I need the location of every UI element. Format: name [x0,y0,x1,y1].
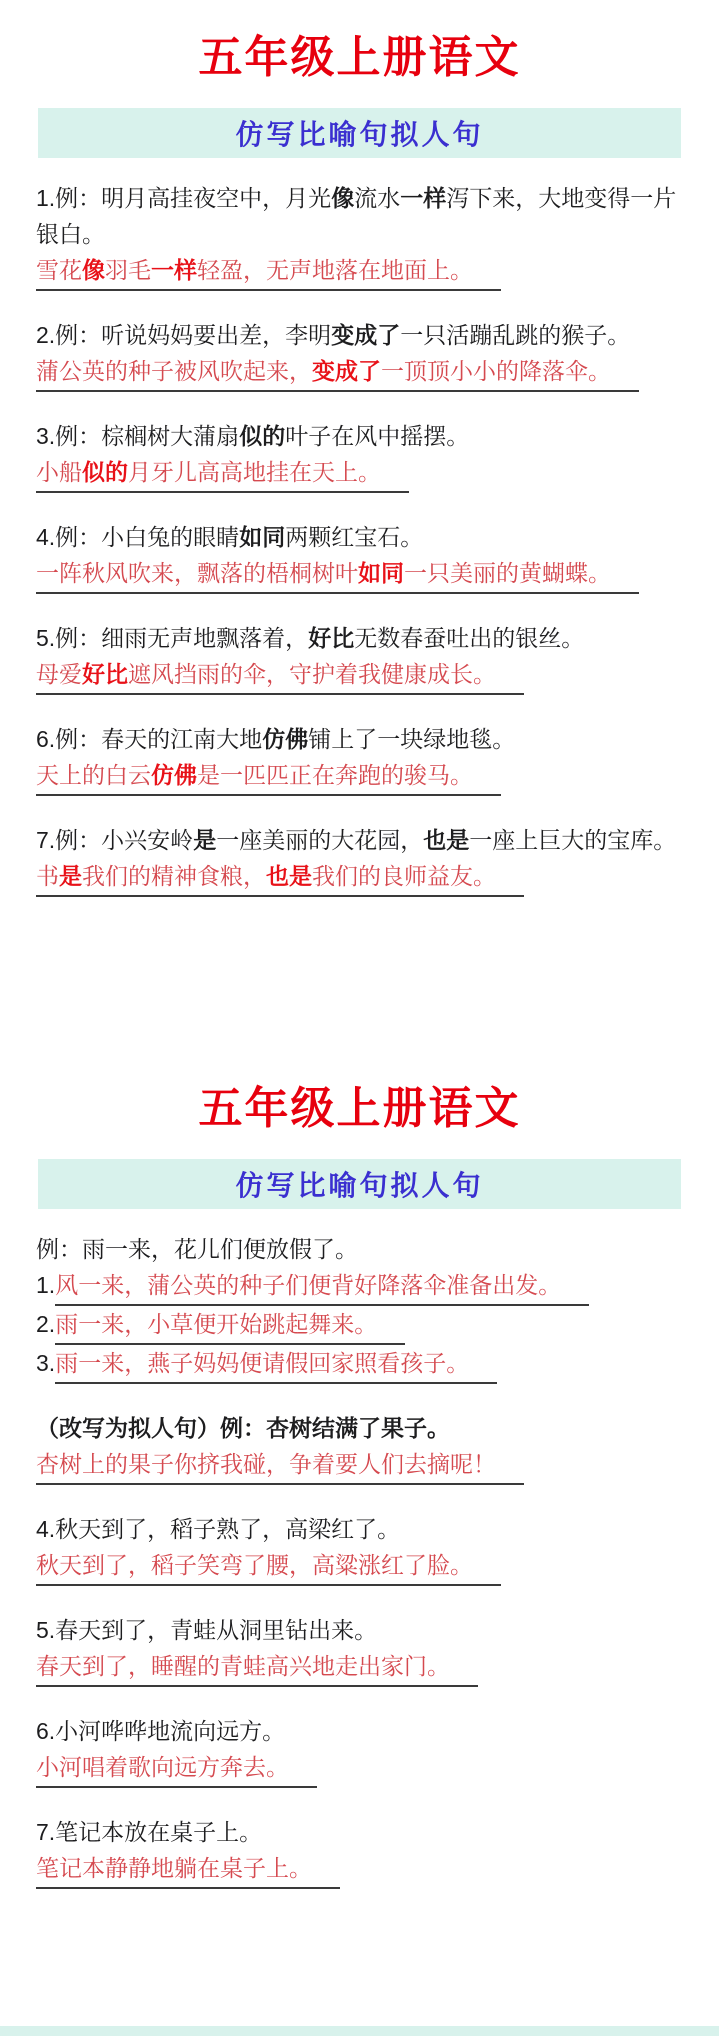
page-2-content: 例：雨一来，花儿们便放假了。 1.风一来，蒲公英的种子们便背好降落伞准备出发。 … [36,1231,683,1889]
personification-item-6: 6.小河哗哗地流向远方。 小河唱着歌向远方奔去。 [36,1713,683,1788]
answer-sentence: 小河唱着歌向远方奔去。 [36,1751,317,1788]
example-sentence: 1.例：明月高挂夜空中，月光像流水一样泻下来，大地变得一片银白。 [36,180,683,252]
answer-sentence: 一阵秋风吹来，飘落的梧桐树叶如同一只美丽的黄蝴蝶。 [36,557,639,594]
answer-sentence: 风一来，蒲公英的种子们便背好降落伞准备出发。 [55,1269,589,1306]
example-sentence: 5.例：细雨无声地飘落着，好比无数春蚕吐出的银丝。 [36,620,683,656]
answer-line: 母爱好比遮风挡雨的伞，守护着我健康成长。 [36,656,683,695]
subtitle: 仿写比喻句拟人句 [235,113,483,153]
answer-sentence: 天上的白云仿佛是一匹匹正在奔跑的骏马。 [36,759,501,796]
example-sentence: 6.例：春天的江南大地仿佛铺上了一块绿地毯。 [36,721,683,757]
example-sentence: 3.例：棕榈树大蒲扇似的叶子在风中摇摆。 [36,418,683,454]
simile-item-4: 4.例：小白兔的眼睛如同两颗红宝石。 一阵秋风吹来，飘落的梧桐树叶如同一只美丽的… [36,519,683,594]
personification-example: 例：雨一来，花儿们便放假了。 [36,1231,683,1267]
prompt-sentence: 5.春天到了，青蛙从洞里钻出来。 [36,1612,683,1648]
example-sentence: 7.例：小兴安岭是一座美丽的大花园，也是一座上巨大的宝库。 [36,822,683,858]
simile-item-5: 5.例：细雨无声地飘落着，好比无数春蚕吐出的银丝。 母爱好比遮风挡雨的伞，守护着… [36,620,683,695]
answer-sentence: 小船似的月牙儿高高地挂在天上。 [36,456,409,493]
answer-line: 天上的白云仿佛是一匹匹正在奔跑的骏马。 [36,757,683,796]
answer-sentence: 雨一来，燕子妈妈便请假回家照看孩子。 [55,1347,497,1384]
answer-line: 春天到了，睡醒的青蛙高兴地走出家门。 [36,1648,683,1687]
answer-line: 笔记本静静地躺在桌子上。 [36,1850,683,1889]
answer-sentence: 书是我们的精神食粮，也是我们的良师益友。 [36,860,524,897]
answer-line-2: 2.雨一来，小草便开始跳起舞来。 [36,1306,683,1345]
rewrite-instruction: （改写为拟人句）例：杏树结满了果子。 [36,1410,683,1446]
personification-item-7: 7.笔记本放在桌子上。 笔记本静静地躺在桌子上。 [36,1814,683,1889]
simile-item-1: 1.例：明月高挂夜空中，月光像流水一样泻下来，大地变得一片银白。 雪花像羽毛一样… [36,180,683,291]
answer-line: 书是我们的精神食粮，也是我们的良师益友。 [36,858,683,897]
simile-item-2: 2.例：听说妈妈要出差，李明变成了一只活蹦乱跳的猴子。 蒲公英的种子被风吹起来，… [36,317,683,392]
answer-line-1: 1.风一来，蒲公英的种子们便背好降落伞准备出发。 [36,1267,683,1306]
answer-sentence: 秋天到了，稻子笑弯了腰，高粱涨红了脸。 [36,1549,501,1586]
item-number: 3. [36,1350,55,1376]
answer-sentence: 母爱好比遮风挡雨的伞，守护着我健康成长。 [36,658,524,695]
page-title: 五年级上册语文 [0,1077,719,1141]
answer-sentence: 雨一来，小草便开始跳起舞来。 [55,1308,405,1345]
answer-sentence: 笔记本静静地躺在桌子上。 [36,1852,340,1889]
answer-line: 一阵秋风吹来，飘落的梧桐树叶如同一只美丽的黄蝴蝶。 [36,555,683,594]
answer-sentence: 雪花像羽毛一样轻盈，无声地落在地面上。 [36,254,501,291]
item-number: 1. [36,1272,55,1298]
personification-item-4: 4.秋天到了，稻子熟了，高梁红了。 秋天到了，稻子笑弯了腰，高粱涨红了脸。 [36,1511,683,1586]
answer-line: 秋天到了，稻子笑弯了腰，高粱涨红了脸。 [36,1547,683,1586]
subtitle-banner: 仿写比喻句拟人句 [38,1159,681,1209]
simile-item-7: 7.例：小兴安岭是一座美丽的大花园，也是一座上巨大的宝库。 书是我们的精神食粮，… [36,822,683,897]
subtitle-banner: 仿写比喻句拟人句 [38,108,681,158]
example-sentence: 2.例：听说妈妈要出差，李明变成了一只活蹦乱跳的猴子。 [36,317,683,353]
prompt-sentence: 6.小河哗哗地流向远方。 [36,1713,683,1749]
answer-sentence: 杏树上的果子你挤我碰，争着要人们去摘呢！ [36,1448,524,1485]
answer-line: 杏树上的果子你挤我碰，争着要人们去摘呢！ [36,1446,683,1485]
answer-line: 小船似的月牙儿高高地挂在天上。 [36,454,683,493]
answer-line: 雪花像羽毛一样轻盈，无声地落在地面上。 [36,252,683,291]
page-2: 五年级上册语文 仿写比喻句拟人句 例：雨一来，花儿们便放假了。 1.风一来，蒲公… [0,1077,719,1889]
prompt-sentence: 4.秋天到了，稻子熟了，高梁红了。 [36,1511,683,1547]
item-number: 2. [36,1311,55,1337]
answer-sentence: 蒲公英的种子被风吹起来，变成了一顶顶小小的降落伞。 [36,355,639,392]
answer-line-3: 3.雨一来，燕子妈妈便请假回家照看孩子。 [36,1345,683,1384]
answer-line: 小河唱着歌向远方奔去。 [36,1749,683,1788]
example-sentence: 4.例：小白兔的眼睛如同两颗红宝石。 [36,519,683,555]
page-1-content: 1.例：明月高挂夜空中，月光像流水一样泻下来，大地变得一片银白。 雪花像羽毛一样… [36,180,683,897]
answer-line: 蒲公英的种子被风吹起来，变成了一顶顶小小的降落伞。 [36,353,683,392]
page-title: 五年级上册语文 [0,26,719,90]
personification-item-5: 5.春天到了，青蛙从洞里钻出来。 春天到了，睡醒的青蛙高兴地走出家门。 [36,1612,683,1687]
answer-sentence: 春天到了，睡醒的青蛙高兴地走出家门。 [36,1650,478,1687]
page-1: 五年级上册语文 仿写比喻句拟人句 1.例：明月高挂夜空中，月光像流水一样泻下来，… [0,0,719,897]
prompt-sentence: 7.笔记本放在桌子上。 [36,1814,683,1850]
subtitle: 仿写比喻句拟人句 [235,1164,483,1204]
simile-item-3: 3.例：棕榈树大蒲扇似的叶子在风中摇摆。 小船似的月牙儿高高地挂在天上。 [36,418,683,493]
bottom-banner-edge [0,2026,719,2036]
simile-item-6: 6.例：春天的江南大地仿佛铺上了一块绿地毯。 天上的白云仿佛是一匹匹正在奔跑的骏… [36,721,683,796]
